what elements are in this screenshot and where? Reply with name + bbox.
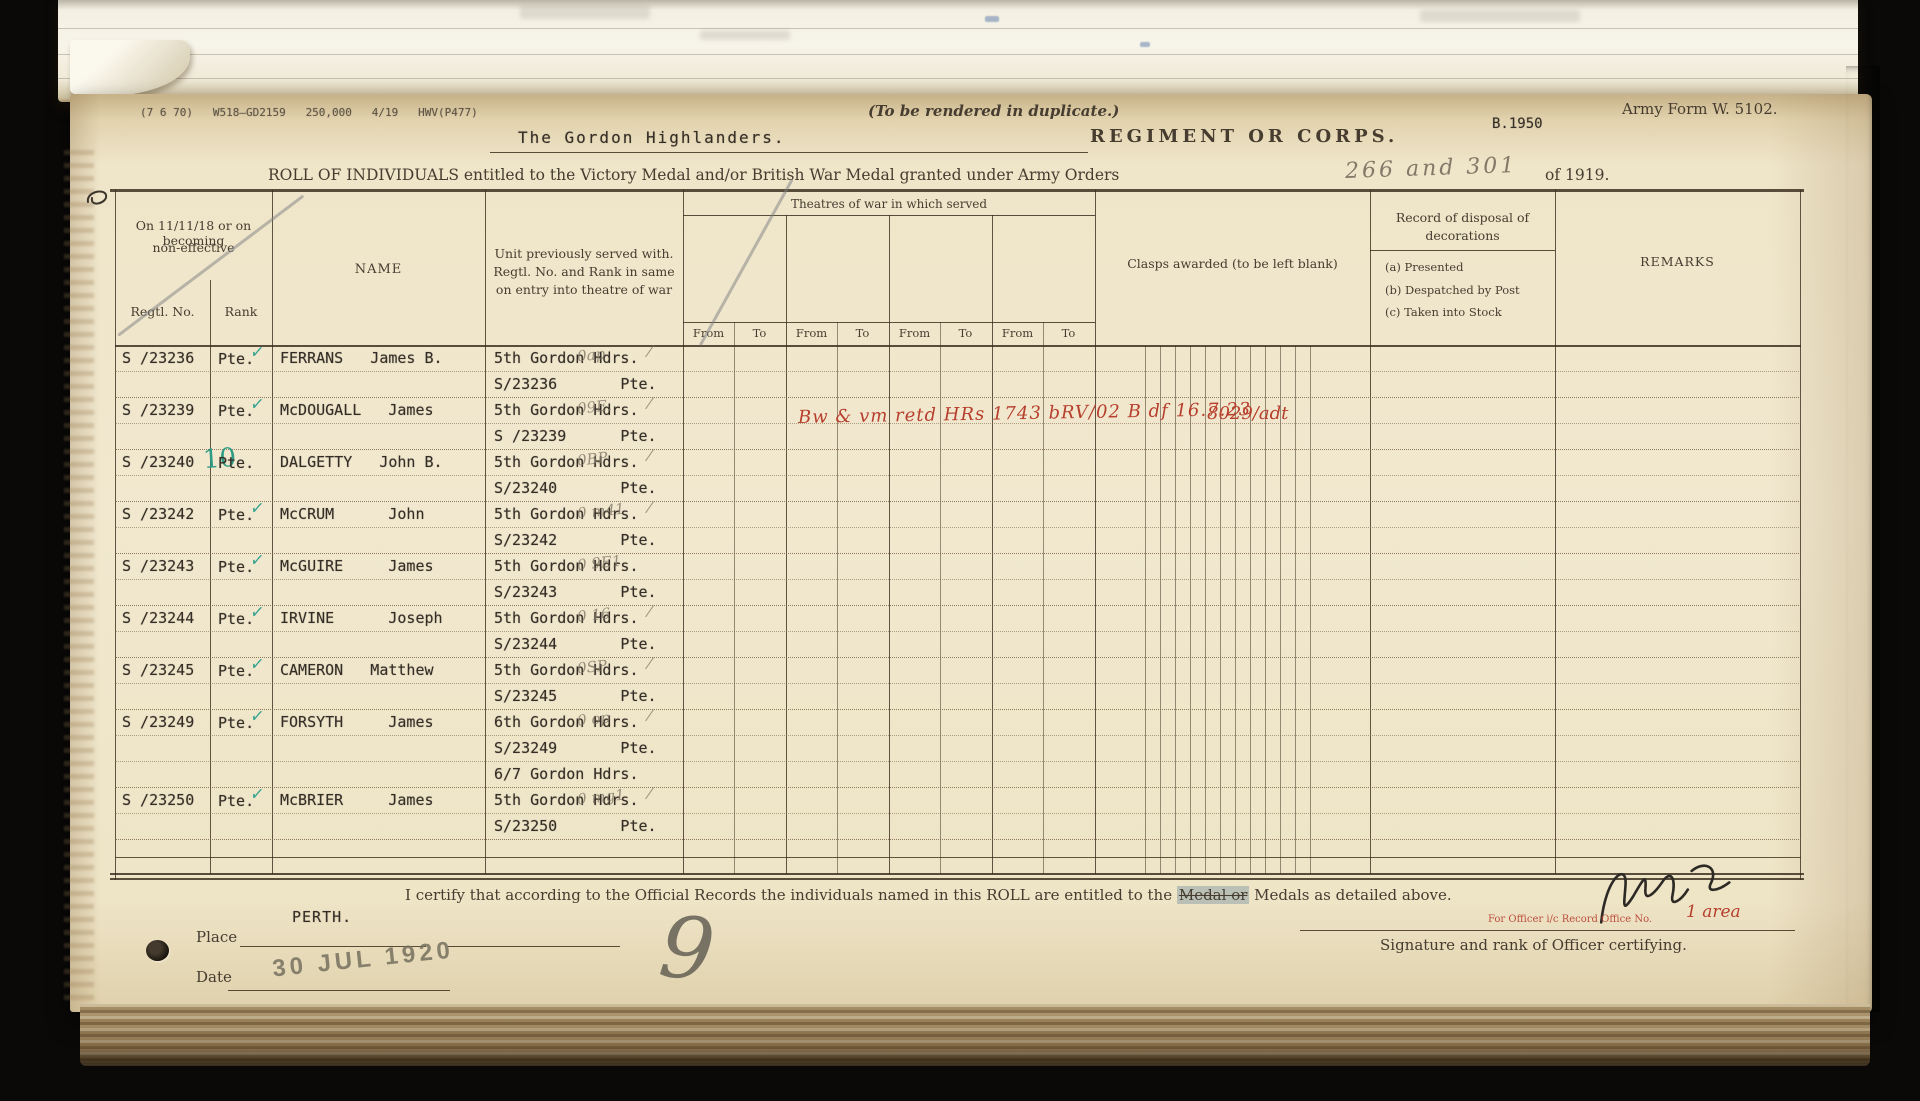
rank: Pte.: [218, 453, 254, 473]
tick-mark: ✓: [249, 703, 266, 730]
unit-line: S/23245 Pte.: [494, 686, 657, 706]
date-line: [228, 990, 450, 991]
pen-squiggle: [84, 186, 114, 212]
header-theatres: Theatres of war in which served: [683, 197, 1095, 211]
ink-speck: [1140, 42, 1150, 47]
soldier-name: DALGETTY John B.: [280, 452, 443, 472]
officer-stamp-text: For Officer i/c Record Office No.: [1488, 914, 1652, 925]
certify-struck: Medal or: [1177, 886, 1250, 904]
certify-pre: I certify that according to the Official…: [405, 886, 1177, 904]
header-to: To: [734, 326, 785, 340]
regtl-no: S /23236: [122, 348, 194, 368]
date-label: Date: [196, 968, 232, 986]
header-from: From: [889, 326, 940, 340]
header-disposal-a: (a) Presented: [1385, 260, 1463, 274]
tick-mark: ✓: [249, 495, 266, 522]
ink-speck: [985, 16, 999, 22]
duplicate-note: (To be rendered in duplicate.): [868, 102, 1119, 120]
empty-row-line: [115, 857, 1801, 858]
unit-line: S/23243 Pte.: [494, 582, 657, 602]
soldier-name: CAMERON Matthew: [280, 660, 434, 680]
table-row: S /23236 Pte. ✓ FERRANS James B. 5th Gor…: [115, 345, 1801, 398]
header-clasps: Clasps awarded (to be left blank): [1095, 256, 1370, 271]
header-unit-1: Unit previously served with.: [485, 246, 683, 261]
regtl-no: S /23245: [122, 660, 194, 680]
year-suffix: of 1919.: [1545, 166, 1609, 184]
pencil-scrawl: 0BP: [576, 447, 609, 470]
unit-line: 5th Gordon Hdrs.: [494, 452, 639, 472]
tick-mark: ✓: [249, 781, 266, 808]
soldier-name: FERRANS James B.: [280, 348, 443, 368]
top-page-stack: [58, 0, 1858, 102]
bottom-page-stack: [80, 1004, 1870, 1066]
tick-mark: ✓: [249, 599, 266, 626]
header-from: From: [786, 326, 837, 340]
officer-stamp-handwritten: 1 area: [1686, 902, 1741, 922]
pencil-scrawl: 0SP: [576, 655, 608, 678]
table-row: S /23240 10 Pte. DALGETTY John B. 5th Go…: [115, 449, 1801, 502]
army-form-number: Army Form W. 5102.: [1622, 100, 1778, 118]
header-to: To: [1043, 326, 1094, 340]
pencil-scrawl: 0 16: [576, 603, 611, 626]
unit-line: S /23239 Pte.: [494, 426, 657, 446]
place-label: Place: [196, 928, 237, 946]
table-bottom-rule-2: [110, 878, 1804, 880]
header-disposal-1: Record of disposal of: [1370, 210, 1555, 225]
table-row: S /23245 Pte. ✓ CAMERON Matthew 5th Gord…: [115, 657, 1801, 710]
unit-line: 5th Gordon Hdrs.: [494, 660, 639, 680]
header-effective-2: non-effective: [115, 240, 272, 255]
book-photo: (7 6 70) W518–GD2159 250,000 4/19 HWV(P4…: [0, 0, 1920, 1101]
tick-mark: ✓: [249, 547, 266, 574]
pencil-scrawl: 0ap: [576, 344, 606, 367]
header-disposal-c: (c) Taken into Stock: [1385, 305, 1502, 319]
tick-mark: ✓: [249, 391, 266, 418]
hole-punch: [146, 940, 169, 961]
regtl-no: S /23239: [122, 400, 194, 420]
header-to: To: [940, 326, 991, 340]
unit-line: 6th Gordon Hdrs.: [494, 712, 639, 732]
header-disposal-2: decorations: [1370, 228, 1555, 243]
batch-number: B.1950: [1492, 116, 1543, 132]
regtl-no: S /23243: [122, 556, 194, 576]
bleed-through-mark: [700, 30, 790, 40]
signature-line: [1300, 930, 1795, 931]
soldier-name: IRVINE Joseph: [280, 608, 443, 628]
disposal-underline: [1370, 250, 1555, 251]
regtl-no: S /23249: [122, 712, 194, 732]
soldier-name: McDOUGALL James: [280, 400, 434, 420]
table-bottom-rule-1: [110, 873, 1804, 875]
header-to: To: [837, 326, 888, 340]
regtl-no: S /23244: [122, 608, 194, 628]
soldier-name: McGUIRE James: [280, 556, 434, 576]
table-row: S /23250 Pte. ✓ McBRIER James 5th Gordon…: [115, 787, 1801, 840]
header-remarks: REMARKS: [1555, 254, 1800, 269]
certify-statement: I certify that according to the Official…: [405, 886, 1452, 904]
table-row: S /23249 Pte. ✓ FORSYTH James 6th Gordon…: [115, 709, 1801, 788]
header-unit-3: on entry into theatre of war: [485, 282, 683, 297]
roll-title: ROLL OF INDIVIDUALS entitled to the Vict…: [268, 166, 1119, 184]
pencil-scrawl: 0 op: [576, 707, 611, 730]
certify-post: Medals as detailed above.: [1249, 886, 1451, 904]
unit-line: 5th Gordon Hdrs.: [494, 348, 639, 368]
table-row: S /23244 Pte. ✓ IRVINE Joseph 5th Gordon…: [115, 605, 1801, 658]
unit-line: S/23244 Pte.: [494, 634, 657, 654]
red-ink-reference: 8029/adt: [1207, 404, 1288, 424]
bleed-through-mark: [520, 6, 650, 19]
place-value: PERTH.: [292, 908, 352, 926]
tick-mark: ✓: [249, 651, 266, 678]
unit-line: S/23240 Pte.: [494, 478, 657, 498]
signature-caption: Signature and rank of Officer certifying…: [1380, 936, 1687, 954]
unit-line: S/23250 Pte.: [494, 816, 657, 836]
bleed-through-mark: [1420, 10, 1580, 22]
unit-line: S/23242 Pte.: [494, 530, 657, 550]
regiment-label: REGIMENT OR CORPS.: [1090, 126, 1398, 147]
soldier-name: McBRIER James: [280, 790, 434, 810]
unit-line: 6/7 Gordon Hdrs.: [494, 764, 639, 784]
page-block-edge: [1846, 66, 1880, 1012]
header-rank: Rank: [210, 304, 272, 319]
pencil-scrawl: 09E.: [576, 395, 613, 419]
table-row: S /23239 Pte. ✓ McDOUGALL James 5th Gord…: [115, 397, 1801, 450]
unit-line: 5th Gordon Hdrs.: [494, 400, 639, 420]
regtl-no: S /23240: [122, 452, 194, 472]
regiment-underline: [490, 152, 1088, 153]
soldier-name: FORSYTH James: [280, 712, 434, 732]
page-number-pencil: 9: [655, 897, 719, 1001]
table-row: S /23242 Pte. ✓ McCRUM John 5th Gordon H…: [115, 501, 1801, 554]
header-name: NAME: [272, 262, 485, 277]
regtl-no: S /23242: [122, 504, 194, 524]
regtl-no: S /23250: [122, 790, 194, 810]
table-row: S /23243 Pte. ✓ McGUIRE James 5th Gordon…: [115, 553, 1801, 606]
unit-line: S/23236 Pte.: [494, 374, 657, 394]
unit-line: S/23249 Pte.: [494, 738, 657, 758]
regiment-name: The Gordon Highlanders.: [518, 128, 786, 147]
page-left-edge: [64, 150, 94, 1006]
header-disposal-b: (b) Despatched by Post: [1385, 283, 1520, 297]
unit-line: 5th Gordon Hdrs.: [494, 608, 639, 628]
header-from: From: [992, 326, 1043, 340]
header-regtl-no: Regtl. No.: [115, 304, 210, 319]
place-line: [448, 946, 620, 947]
tick-mark: ✓: [249, 339, 266, 366]
soldier-name: McCRUM John: [280, 504, 425, 524]
print-code: (7 6 70) W518–GD2159 250,000 4/19 HWV(P4…: [140, 106, 478, 119]
header-unit-2: Regtl. No. and Rank in same: [485, 264, 683, 279]
table-top-rule: [110, 189, 1804, 192]
